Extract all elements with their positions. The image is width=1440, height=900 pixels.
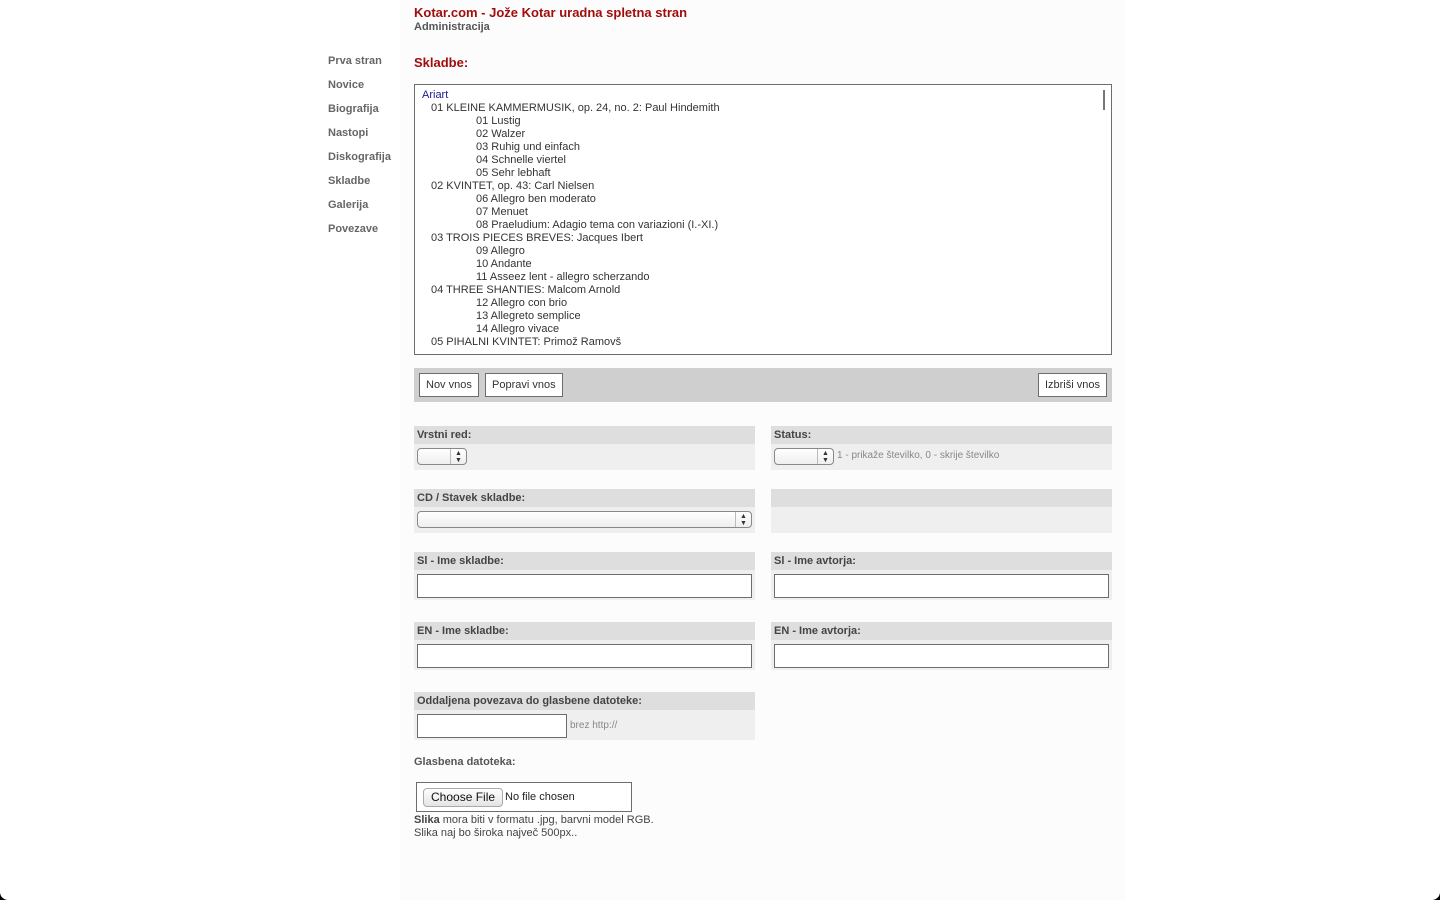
tree-scrollbar[interactable] xyxy=(1103,90,1105,110)
nav-item-povezave[interactable]: Povezave xyxy=(328,222,391,236)
tree-item[interactable]: 08 Praeludium: Adagio tema con variazion… xyxy=(422,219,1111,232)
select-arrows-icon: ▲▼ xyxy=(817,449,833,464)
tree-item[interactable]: 05 PIHALNI KVINTET: Primož Ramovš xyxy=(422,336,1111,349)
tree-item[interactable]: 14 Allegro vivace xyxy=(422,323,1111,336)
sidebar-nav: Prva stran Novice Biografija Nastopi Dis… xyxy=(328,54,391,246)
tree-item[interactable]: 09 Allegro xyxy=(422,245,1111,258)
order-label: Vrstni red: xyxy=(414,426,755,444)
file-note-line2: Slika naj bo široka največ 500px.. xyxy=(414,827,577,839)
action-toolbar: Nov vnos Popravi vnos Izbriši vnos xyxy=(414,368,1112,402)
en-author-field: EN - Ime avtorja: xyxy=(771,622,1112,670)
empty-label xyxy=(771,489,1112,507)
nav-item-novice[interactable]: Novice xyxy=(328,78,391,92)
nav-item-diskografija[interactable]: Diskografija xyxy=(328,150,391,164)
si-song-field: Sl - Ime skladbe: xyxy=(414,552,755,600)
tree-item[interactable]: 04 Schnelle viertel xyxy=(422,154,1111,167)
nav-item-nastopi[interactable]: Nastopi xyxy=(328,126,391,140)
file-note-line1: mora biti v formatu .jpg, barvni model R… xyxy=(440,814,654,826)
choose-file-button[interactable]: Choose File xyxy=(423,788,503,807)
tree-item[interactable]: 03 TROIS PIECES BREVES: Jacques Ibert xyxy=(422,232,1111,245)
file-note: Slika mora biti v formatu .jpg, barvni m… xyxy=(414,814,654,840)
si-song-label: Sl - Ime skladbe: xyxy=(414,552,755,570)
order-select[interactable]: ▲▼ xyxy=(417,448,467,465)
new-entry-button[interactable]: Nov vnos xyxy=(419,373,479,397)
si-author-input[interactable] xyxy=(774,574,1109,598)
en-author-label: EN - Ime avtorja: xyxy=(771,622,1112,640)
songs-tree-list[interactable]: Ariart01 KLEINE KAMMERMUSIK, op. 24, no.… xyxy=(414,84,1112,355)
edit-entry-button[interactable]: Popravi vnos xyxy=(485,373,563,397)
cd-track-label: CD / Stavek skladbe: xyxy=(414,489,755,507)
remote-link-field: Oddaljena povezava do glasbene datoteke:… xyxy=(414,692,755,740)
browser-window: Kotar.com - Jože Kotar uradna spletna st… xyxy=(0,0,1440,900)
music-file-input[interactable]: Choose File No file chosen xyxy=(416,782,632,812)
tree-item[interactable]: 13 Allegreto semplice xyxy=(422,310,1111,323)
tree-item[interactable]: 10 Andante xyxy=(422,258,1111,271)
tree-item[interactable]: 12 Allegro con brio xyxy=(422,297,1111,310)
en-author-input[interactable] xyxy=(774,644,1109,668)
nav-item-biografija[interactable]: Biografija xyxy=(328,102,391,116)
tree-item[interactable]: 05 Sehr lebhaft xyxy=(422,167,1111,180)
cd-track-field: CD / Stavek skladbe: ▲▼ xyxy=(414,489,755,533)
si-song-input[interactable] xyxy=(417,574,752,598)
delete-entry-button[interactable]: Izbriši vnos xyxy=(1038,373,1107,397)
nav-item-skladbe[interactable]: Skladbe xyxy=(328,174,391,188)
music-file-label: Glasbena datoteka: xyxy=(414,756,515,768)
remote-link-hint: brez http:// xyxy=(570,720,617,731)
status-select[interactable]: ▲▼ xyxy=(774,448,834,465)
tree-item[interactable]: Ariart xyxy=(422,89,1111,102)
order-field: Vrstni red: ▲▼ xyxy=(414,426,755,470)
status-field: Status: ▲▼ 1 - prikaže številko, 0 - skr… xyxy=(771,426,1112,470)
tree-item[interactable]: 07 Menuet xyxy=(422,206,1111,219)
file-note-bold: Slika xyxy=(414,814,440,826)
remote-link-input[interactable] xyxy=(417,714,567,738)
en-song-label: EN - Ime skladbe: xyxy=(414,622,755,640)
site-title: Kotar.com - Jože Kotar uradna spletna st… xyxy=(414,5,687,21)
si-author-field: Sl - Ime avtorja: xyxy=(771,552,1112,600)
tree-item[interactable]: 03 Ruhig und einfach xyxy=(422,141,1111,154)
status-label: Status: xyxy=(771,426,1112,444)
nav-item-galerija[interactable]: Galerija xyxy=(328,198,391,212)
tree-item[interactable]: 01 KLEINE KAMMERMUSIK, op. 24, no. 2: Pa… xyxy=(422,102,1111,115)
cd-track-select[interactable]: ▲▼ xyxy=(417,511,752,528)
tree-item[interactable]: 02 KVINTET, op. 43: Carl Nielsen xyxy=(422,180,1111,193)
tree-item[interactable]: 11 Asseez lent - allegro scherzando xyxy=(422,271,1111,284)
remote-link-label: Oddaljena povezava do glasbene datoteke: xyxy=(414,692,755,710)
si-author-label: Sl - Ime avtorja: xyxy=(771,552,1112,570)
tree-item[interactable]: 02 Walzer xyxy=(422,128,1111,141)
status-hint: 1 - prikaže številko, 0 - skrije številk… xyxy=(837,450,999,461)
page-header: Kotar.com - Jože Kotar uradna spletna st… xyxy=(414,5,687,34)
site-subtitle: Administracija xyxy=(414,21,687,34)
tree-item[interactable]: 04 THREE SHANTIES: Malcom Arnold xyxy=(422,284,1111,297)
file-status: No file chosen xyxy=(505,791,575,803)
select-arrows-icon: ▲▼ xyxy=(735,512,751,527)
tree-item[interactable]: 06 Allegro ben moderato xyxy=(422,193,1111,206)
select-arrows-icon: ▲▼ xyxy=(450,449,466,464)
en-song-input[interactable] xyxy=(417,644,752,668)
en-song-field: EN - Ime skladbe: xyxy=(414,622,755,670)
section-title: Skladbe: xyxy=(414,55,468,70)
nav-item-prva-stran[interactable]: Prva stran xyxy=(328,54,391,68)
empty-field xyxy=(771,489,1112,533)
tree-item[interactable]: 01 Lustig xyxy=(422,115,1111,128)
